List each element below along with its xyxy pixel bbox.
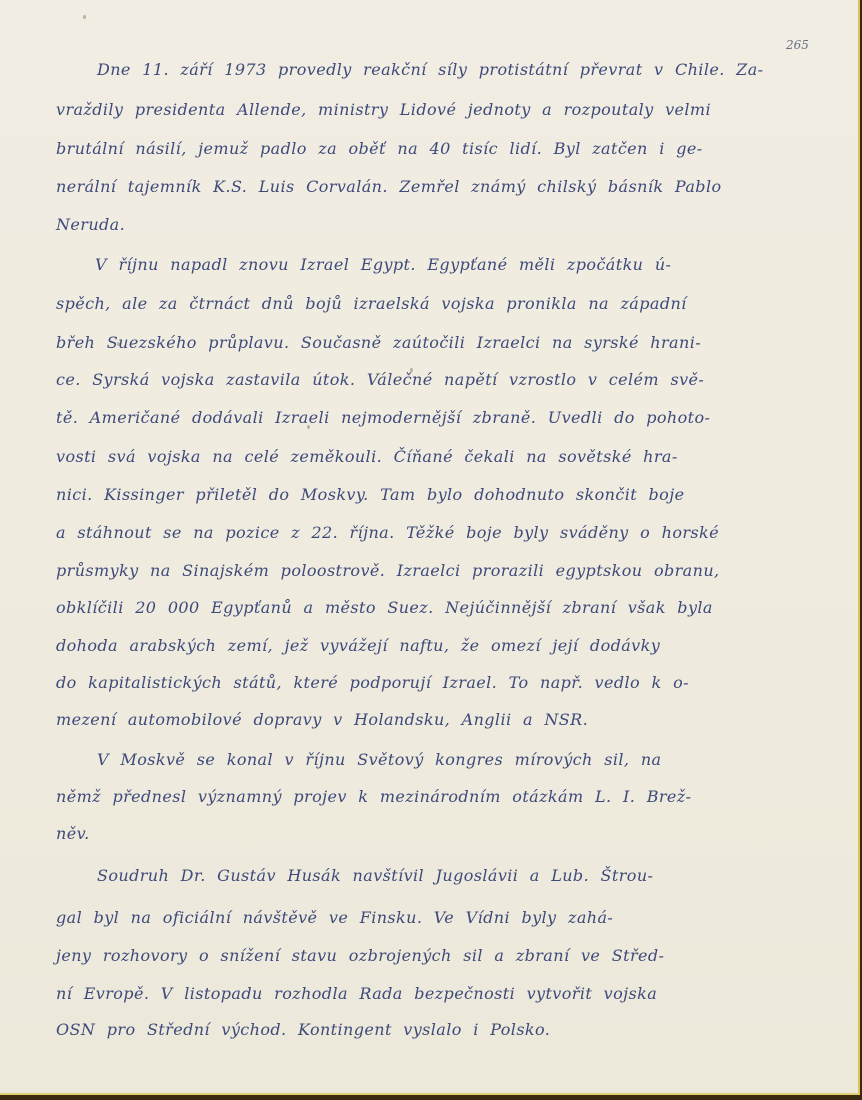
paper-speck xyxy=(83,15,86,19)
text-line: břeh Suezského průplavu. Současně zaútoč… xyxy=(56,333,701,352)
text-line: OSN pro Střední východ. Kontingent vysla… xyxy=(56,1020,550,1039)
text-line: nerální tajemník K.S. Luis Corvalán. Zem… xyxy=(56,177,722,196)
text-line: mezení automobilové dopravy v Holandsku,… xyxy=(56,710,588,729)
text-line: Dne 11. září 1973 provedly reakční síly … xyxy=(97,60,763,79)
page-number: 265 xyxy=(786,38,809,52)
text-line: jeny rozhovory o snížení stavu ozbrojený… xyxy=(56,946,664,965)
text-line: němž přednesl významný projev k mezináro… xyxy=(56,787,691,806)
text-line: vosti svá vojska na celé zeměkouli. Číňa… xyxy=(56,447,678,466)
text-line: spěch, ale za čtrnáct dnů bojů izraelská… xyxy=(56,294,687,313)
text-line: V Moskvě se konal v říjnu Světový kongre… xyxy=(97,750,662,769)
text-line: nici. Kissinger přiletěl do Moskvy. Tam … xyxy=(56,485,684,504)
text-line: obklíčili 20 000 Egypťanů a město Suez. … xyxy=(56,598,713,617)
text-line: Soudruh Dr. Gustáv Husák navštívil Jugos… xyxy=(97,866,653,885)
text-line: dohoda arabských zemí, jež vyvážejí naft… xyxy=(56,636,660,655)
handwritten-page: 265 Dne 11. září 1973 provedly reakční s… xyxy=(0,0,860,1095)
text-line: tě. Američané dodávali Izraeli nejmodern… xyxy=(56,408,710,427)
text-line: do kapitalistických států, které podporu… xyxy=(56,673,689,692)
text-line: průsmyky na Sinajském poloostrově. Izrae… xyxy=(56,561,720,580)
text-line: brutální násilí, jemuž padlo za oběť na … xyxy=(56,139,703,158)
text-line: vraždily presidenta Allende, ministry Li… xyxy=(56,100,711,119)
text-line: ce. Syrská vojska zastavila útok. Válečn… xyxy=(56,370,704,389)
text-line: Neruda. xyxy=(56,215,125,234)
text-line: ní Evropě. V listopadu rozhodla Rada bez… xyxy=(56,984,657,1003)
text-line: a stáhnout se na pozice z 22. října. Těž… xyxy=(56,523,719,542)
text-line: V říjnu napadl znovu Izrael Egypt. Egypť… xyxy=(95,255,671,274)
text-line: něv. xyxy=(56,824,90,843)
text-line: gal byl na oficiální návštěvě ve Finsku.… xyxy=(56,908,613,927)
